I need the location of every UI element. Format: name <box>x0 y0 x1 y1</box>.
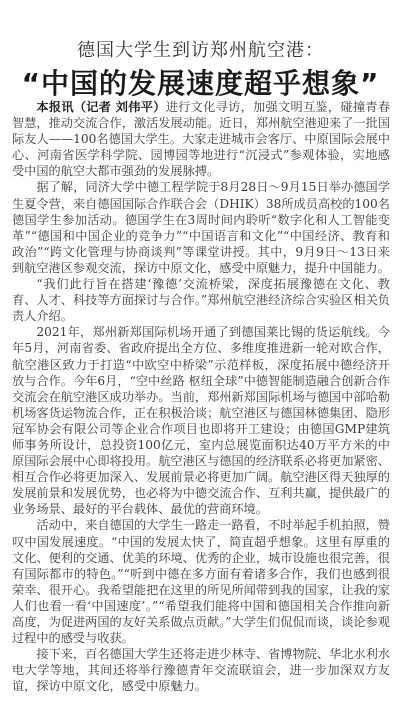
article-byline: 本报讯（记者 刘伟平） <box>36 100 165 114</box>
article-subtitle: 德国大学生到访郑州航空港： <box>0 36 401 62</box>
article-paragraph: 2021年，郑州新郑国际机场开通了到德国莱比锡的货运航线。今年5月，河南省委、省… <box>12 324 390 517</box>
article-paragraph: 接下来，百名德国大学生还将走进少林寺、省博物院、华北水利水电大学等地，其间还将举… <box>12 646 390 694</box>
article-paragraph: 据了解，同济大学中德工程学院于8月28日～9月15日举办德国学生夏令营，来自德国… <box>12 179 390 276</box>
news-article: 德国大学生到访郑州航空港： “中国的发展速度超乎想象” 本报讯（记者 刘伟平）进… <box>0 0 401 715</box>
article-headline: “中国的发展速度超乎想象” <box>0 62 401 102</box>
article-body: 本报讯（记者 刘伟平）进行文化寻访，加强文明互鉴，碰撞青春智慧，推动交流合作，激… <box>12 99 390 694</box>
article-paragraph: “我们此行旨在搭建‘豫德’交流桥梁，深度拓展豫德在文化、教育、人才、科技等方面探… <box>12 276 390 324</box>
article-paragraph: 本报讯（记者 刘伟平）进行文化寻访，加强文明互鉴，碰撞青春智慧，推动交流合作，激… <box>12 99 390 179</box>
article-paragraph: 活动中，来自德国的大学生一路走一路看，不时举起手机拍照，赞叹中国发展速度。“中国… <box>12 517 390 646</box>
